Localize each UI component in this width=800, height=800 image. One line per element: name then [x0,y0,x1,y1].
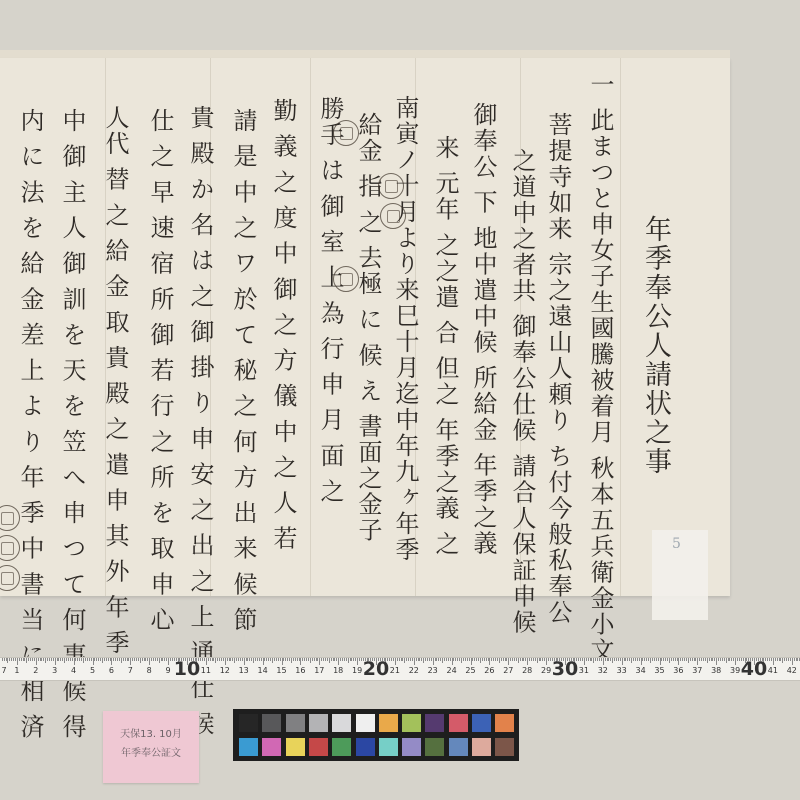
ruler-tick [688,658,689,663]
color-patch [309,738,328,756]
ruler-tick [308,658,309,661]
ruler-tick [488,658,489,661]
ruler-tick [418,658,419,661]
ruler-tick [678,658,679,665]
ruler-tick [75,658,76,661]
ruler-tick [312,658,313,661]
ruler-tick [43,658,44,661]
ruler-tick [438,658,439,661]
ruler-tick [91,658,92,661]
ruler-tick [329,658,330,663]
ruler-tick [501,658,502,661]
ruler-tick [633,658,634,661]
ruler-label: 41 [768,666,778,675]
ruler-tick [227,658,228,661]
ruler-tick [522,658,523,661]
ruler-major-label: 30 [552,659,578,679]
ruler-label: 35 [654,666,664,675]
ruler-tick [610,658,611,661]
ruler-tick [287,658,288,661]
ruler-tick [240,658,241,661]
ruler-major-label: 10 [174,659,200,679]
ruler-tick [711,658,712,661]
ruler-tick [729,658,730,661]
ruler-tick [2,658,3,661]
ruler-tick [334,658,335,661]
color-patch [379,738,398,756]
ruler-tick [620,658,621,661]
ruler-tick [491,658,492,661]
ruler-major-label: 20 [363,659,389,679]
ruler-tick [232,658,233,661]
ruler-tick [251,658,252,661]
ruler-tick [242,658,243,661]
ruler-tick [321,658,322,661]
ruler-label: 34 [636,666,646,675]
ruler-tick [21,658,22,661]
ruler-label: 13 [239,666,249,675]
ruler-tick [635,658,636,661]
ruler-tick [777,658,778,661]
ruler-tick [616,658,617,661]
ruler-tick [435,658,436,661]
pink-note: 天保13. 10月 年季奉公証文 [103,711,199,783]
ruler-label: 22 [409,666,419,675]
seal-stamp-icon [378,173,404,199]
ruler-tick [661,658,662,661]
ruler-tick [23,658,24,661]
ruler-tick [682,658,683,661]
ruler-tick [159,658,160,663]
ruler-label: 2 [33,666,38,675]
ruler-tick [482,658,483,661]
ruler-tick [669,658,670,663]
ruler-tick [79,658,80,661]
ruler-tick [45,658,46,663]
ruler-tick [113,658,114,661]
ruler-tick [654,658,655,661]
ruler-tick [68,658,69,661]
ruler-tick [733,658,734,661]
ruler-tick [707,658,708,663]
ruler-tick [353,658,354,661]
ruler-tick [410,658,411,661]
ruler-tick [74,658,75,665]
ruler-tick [614,658,615,661]
ruler-tick [797,658,798,661]
ruler-tick [342,658,343,661]
ruler-tick [463,658,464,661]
ruler-tick [624,658,625,661]
ruler-tick [115,658,116,661]
ruler-tick [85,658,86,661]
ruler-tick [168,658,169,665]
ruler-tick [663,658,664,661]
fold-line [620,58,621,596]
ruler-tick [119,658,120,661]
ruler-tick [512,658,513,661]
ruler-tick [151,658,152,661]
ruler-tick [588,658,589,661]
ruler-tick [786,658,787,661]
ruler-label: 39 [730,666,740,675]
ruler-tick [111,658,112,665]
ruler-tick [285,658,286,661]
historical-document: 年季奉公人請状之事一 此まつと申女子生國騰被着月 秋本五兵衛金小文菩提寺如来 宗… [0,58,730,596]
ruler-tick [350,658,351,661]
ruler-tick [436,658,437,661]
ruler-label: 27 [503,666,513,675]
ruler-tick [455,658,456,661]
ruler-label: 29 [541,666,551,675]
ruler-tick [505,658,506,661]
ruler-tick [210,658,211,661]
ruler-tick [593,658,594,663]
ruler-tick [612,658,613,663]
ruler-tick [89,658,90,661]
text-column: 来 元年 之之遣 合 但之 年季之義 之 [430,135,460,557]
ruler-tick [520,658,521,661]
text-column: 給金 指 之 去極 に 候 え 書面之金子 [353,112,383,543]
color-patch [332,714,351,732]
color-patch [309,714,328,732]
ruler-tick [637,658,638,661]
ruler-tick [208,658,209,661]
ruler-tick [127,658,128,661]
ruler-tick [739,658,740,661]
ruler-tick [132,658,133,661]
color-patch [356,714,375,732]
ruler-tick [28,658,29,661]
ruler-tick [590,658,591,661]
ruler-tick [408,658,409,661]
ruler-tick [357,658,358,665]
ruler-tick [714,658,715,661]
text-column: 中 御 主 人 御 訓 を 天 を 笠 へ 申 つ て 何 事 候 得 [57,108,87,740]
ruler-tick [404,658,405,663]
ruler-tick [523,658,524,661]
ruler-label: 32 [598,666,608,675]
ruler-tick [217,658,218,661]
ruler-tick [656,658,657,661]
measuring-ruler: 1234567891011121314151617181920212223242… [0,657,800,681]
ruler-tick [327,658,328,661]
ruler-tick [478,658,479,661]
ruler-tick [338,658,339,665]
ruler-tick [130,658,131,665]
ruler-tick [295,658,296,661]
ruler-label: 17 [314,666,324,675]
ruler-tick [325,658,326,661]
ruler-tick [274,658,275,661]
ruler-tick [767,658,768,661]
ruler-tick [11,658,12,661]
ruler-tick [9,658,10,661]
ruler-tick [642,658,643,661]
color-patch [425,714,444,732]
ruler-tick [49,658,50,661]
ruler-tick [64,658,65,663]
ruler-tick [110,658,111,661]
ruler-tick [283,658,284,661]
ruler-tick [261,658,262,661]
text-column: 之道中之者共 御奉公仕候 請合人保証申候 [507,148,537,635]
ruler-tick [446,658,447,661]
ruler-tick [665,658,666,661]
ruler-tick [15,658,16,661]
ruler-tick [718,658,719,661]
ruler-label: 12 [220,666,230,675]
ruler-tick [72,658,73,661]
ruler-tick [514,658,515,661]
color-patch [425,738,444,756]
ruler-tick [153,658,154,661]
ruler-tick [722,658,723,661]
catalog-label-slip: 5 [652,530,708,620]
ruler-tick [497,658,498,661]
ruler-label: 5 [90,666,95,675]
ruler-tick [266,658,267,661]
ruler-tick [518,658,519,663]
ruler-tick [104,658,105,661]
text-column: 御奉公 下 地中遣中候 所給金 年季之義 [468,102,498,557]
ruler-tick [278,658,279,661]
ruler-tick [155,658,156,661]
ruler-tick [686,658,687,661]
ruler-tick [699,658,700,661]
ruler-tick [244,658,245,665]
ruler-tick [83,658,84,663]
ruler-tick [480,658,481,663]
ruler-tick [128,658,129,661]
ruler-label: 38 [711,666,721,675]
color-patch [239,714,258,732]
ruler-tick [784,658,785,661]
ruler-tick [393,658,394,661]
ruler-tick [348,658,349,663]
ruler-tick [731,658,732,661]
ruler-tick [580,658,581,661]
ruler-tick [442,658,443,663]
ruler-tick [293,658,294,661]
text-column: 仕 之 早 速 宿 所 御 若 行 之 所 を 取 申 心 [145,108,175,633]
ruler-tick [728,658,729,661]
ruler-tick [548,658,549,661]
ruler-tick [544,658,545,661]
ruler-tick [166,658,167,661]
ruler-tick [639,658,640,661]
text-column: 勝手 は 御 室 上 為 行 申 月 面 之 [315,96,345,504]
ruler-tick [694,658,695,661]
ruler-tick [96,658,97,661]
ruler-tick [431,658,432,661]
ruler-tick [246,658,247,661]
ruler-tick [17,658,18,665]
ruler-tick [314,658,315,661]
ruler-tick [406,658,407,661]
ruler-tick [644,658,645,661]
ruler-tick [658,658,659,661]
text-column: 貴 殿 か 名 は 之 御 掛 り 申 安 之 出 之 上 通 仕 候 [185,105,215,737]
ruler-tick [36,658,37,665]
ruler-label: 36 [673,666,683,675]
ruler-tick [268,658,269,661]
ruler-tick [726,658,727,663]
ruler-tick [527,658,528,665]
ruler-tick [344,658,345,661]
ruler-tick [270,658,271,661]
ruler-tick [333,658,334,661]
ruler-tick [234,658,235,663]
ruler-tick [444,658,445,661]
ruler-tick [316,658,317,661]
ruler-tick [794,658,795,661]
ruler-tick [302,658,303,661]
color-patch [286,714,305,732]
ruler-tick [452,658,453,665]
ruler-tick [495,658,496,661]
color-patch [379,714,398,732]
ruler-tick [140,658,141,663]
ruler-tick [540,658,541,661]
ruler-tick [677,658,678,661]
ruler-tick [773,658,774,665]
ruler-tick [476,658,477,661]
ruler-tick [508,658,509,665]
text-column: 内 に 法 を 給 金 差 上 よ り 年 季 中 書 当 に 相 済 [15,108,45,740]
color-patch [472,714,491,732]
ruler-tick [646,658,647,661]
ruler-tick [300,658,301,665]
color-patch [239,738,258,756]
ruler-tick [60,658,61,661]
ruler-tick [147,658,148,661]
ruler-tick [280,658,281,661]
ruler-tick [737,658,738,661]
ruler-tick [546,658,547,665]
ruler-tick [57,658,58,661]
ruler-tick [26,658,27,663]
label-slip-mark: 5 [672,536,681,552]
ruler-tick [584,658,585,665]
ruler-tick [599,658,600,661]
ruler-tick [484,658,485,661]
ruler-label: 11 [201,666,211,675]
ruler-tick [427,658,428,661]
color-patch [495,738,514,756]
ruler-tick [667,658,668,661]
text-column: 勤 義 之 度 中 御 之 方 儀 中 之 人 若 [268,98,298,552]
text-column: 一 此まつと申女子生國騰被着月 秋本五兵衛金小文 [585,72,615,663]
ruler-tick [138,658,139,661]
ruler-tick [525,658,526,661]
ruler-tick [605,658,606,661]
ruler-tick [53,658,54,661]
ruler-tick [618,658,619,661]
ruler-tick [323,658,324,661]
ruler-tick [206,658,207,665]
ruler-tick [13,658,14,661]
ruler-label: 3 [52,666,57,675]
color-patch [262,714,281,732]
ruler-tick [81,658,82,661]
ruler-tick [421,658,422,661]
ruler-tick [641,658,642,665]
ruler-tick [608,658,609,661]
ruler-tick [134,658,135,661]
ruler-tick [108,658,109,661]
ruler-tick [724,658,725,661]
ruler-label: 26 [484,666,494,675]
ruler-tick [425,658,426,661]
ruler-tick [461,658,462,663]
ruler-tick [212,658,213,661]
seal-stamp-icon [333,266,359,292]
ruler-tick [489,658,490,665]
ruler-tick [94,658,95,661]
ruler-tick [355,658,356,661]
ruler-tick [709,658,710,661]
ruler-tick [319,658,320,665]
ruler-tick [34,658,35,661]
ruler-tick [648,658,649,661]
ruler-tick [792,658,793,665]
ruler-tick [164,658,165,661]
ruler-tick [51,658,52,661]
ruler-tick [32,658,33,661]
ruler-tick [47,658,48,661]
ruler-label: 21 [390,666,400,675]
ruler-tick [595,658,596,661]
ruler-tick [782,658,783,663]
ruler-tick [145,658,146,661]
ruler-label: 25 [465,666,475,675]
ruler-tick [775,658,776,661]
ruler-tick [650,658,651,663]
ruler-tick [625,658,626,661]
ruler-tick [712,658,713,661]
ruler-tick [289,658,290,661]
color-patch [262,738,281,756]
ruler-tick [172,658,173,661]
ruler-tick [684,658,685,661]
ruler-tick [796,658,797,661]
ruler-label: 16 [295,666,305,675]
ruler-tick [582,658,583,661]
ruler-tick [622,658,623,665]
ruler-tick [30,658,31,661]
ruler-tick [98,658,99,661]
text-column: 請 是 中 之 ワ 於 て 秘 之 何 方 出 来 候 節 [228,108,258,633]
ruler-tick [529,658,530,661]
ruler-tick [19,658,20,661]
ruler-tick [264,658,265,661]
ruler-label: 37 [692,666,702,675]
ruler-tick [340,658,341,661]
ruler-tick [591,658,592,661]
ruler-tick [221,658,222,661]
ruler-tick [459,658,460,661]
ruler-tick [272,658,273,663]
text-column: 南寅ノ十月より来巳十月迄中年九ヶ年季 [390,95,420,563]
ruler-tick [586,658,587,661]
ruler-tick [601,658,602,661]
ruler-tick [87,658,88,661]
color-calibration-chart [233,709,519,761]
ruler-tick [62,658,63,661]
ruler-tick [204,658,205,661]
ruler-label: 14 [258,666,268,675]
